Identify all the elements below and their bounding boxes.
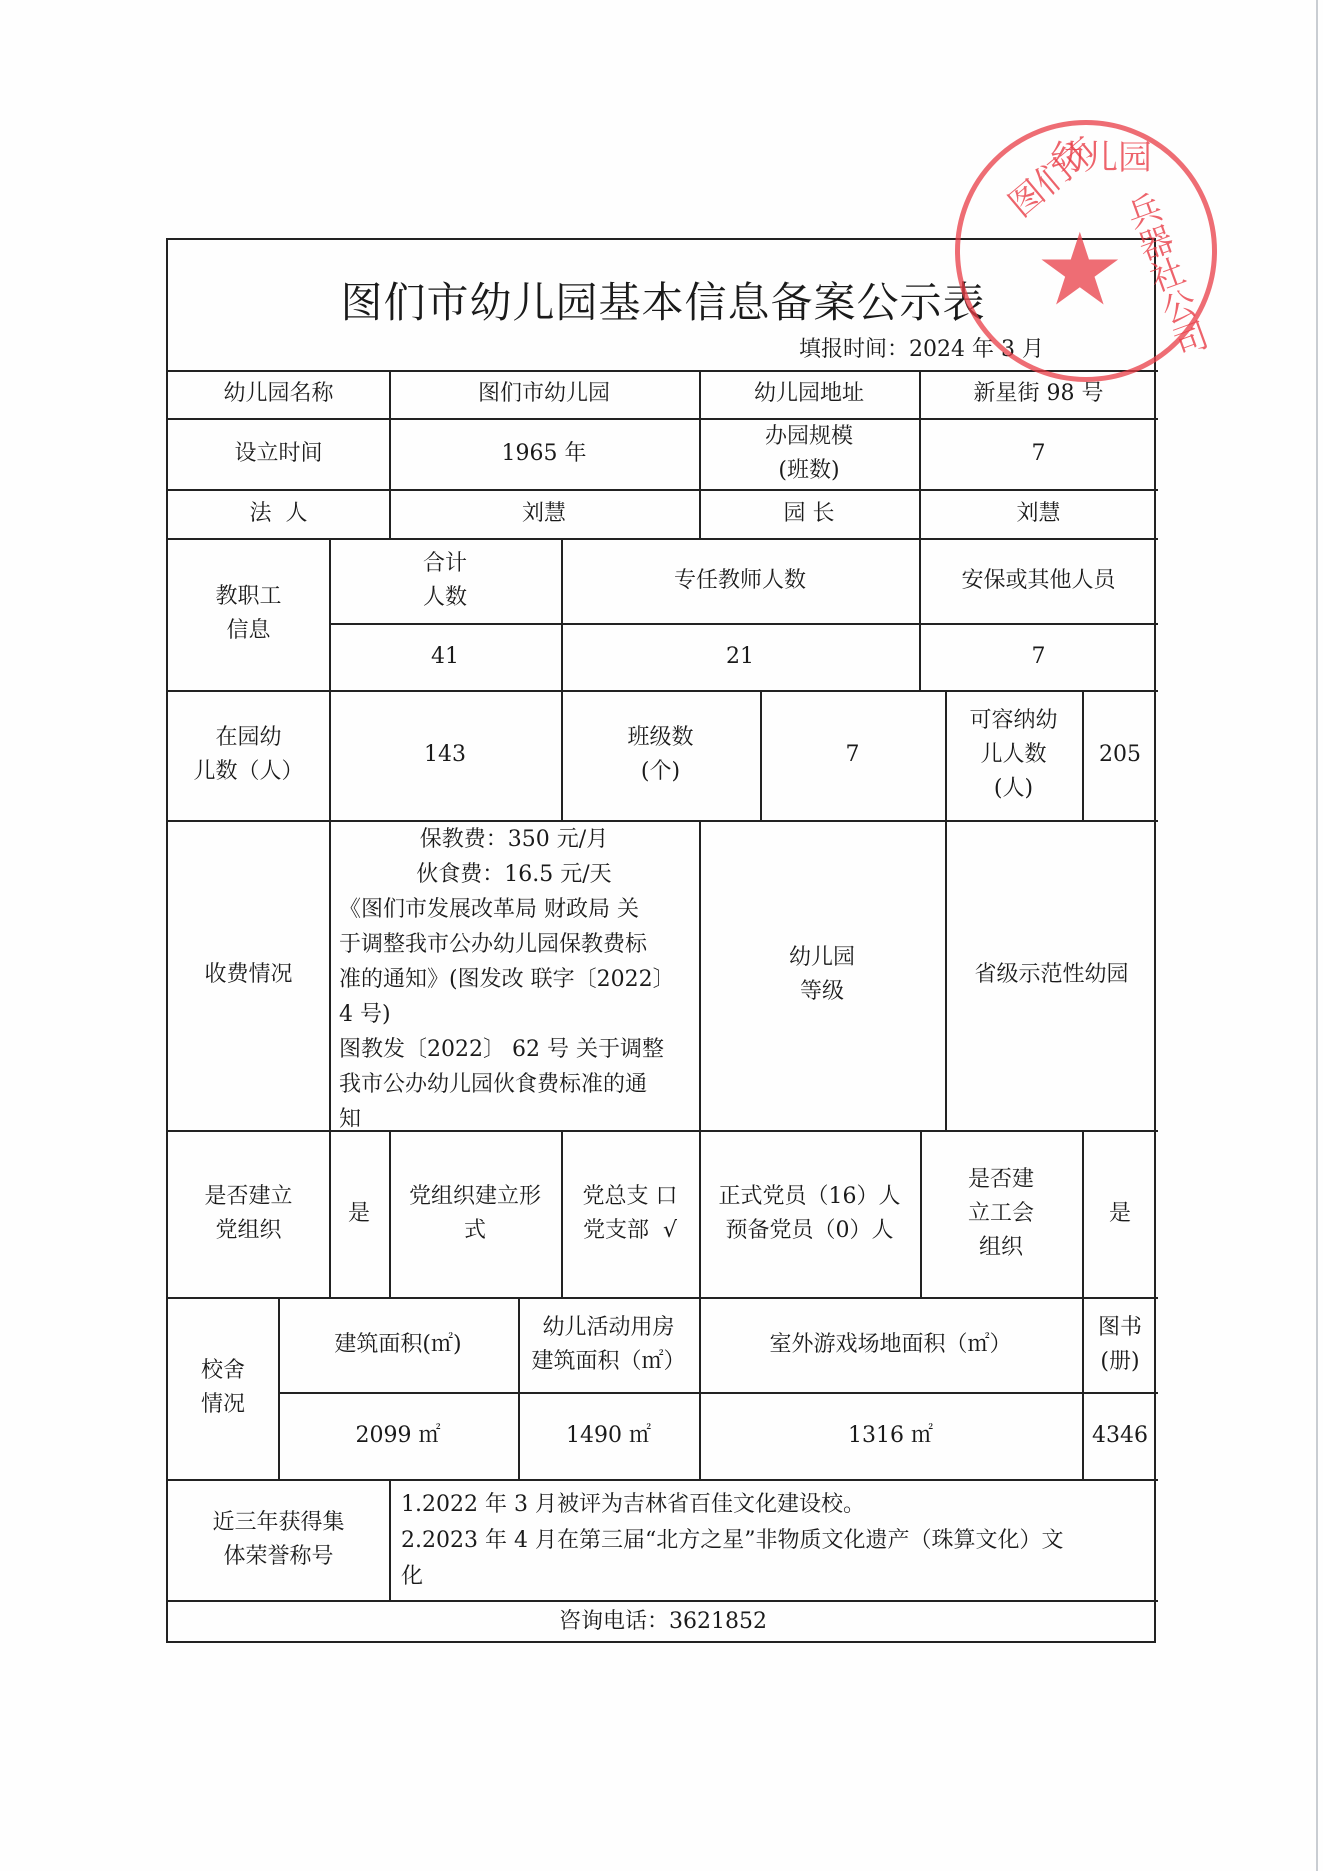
activity-label-line2: 建筑面积（㎡） [531,1345,685,1379]
capacity-value: 205 [1082,690,1158,820]
books-label-line2: (册) [1100,1345,1139,1379]
party-form-label-line2: 式 [464,1214,486,1248]
address-label: 幼儿园地址 [699,370,919,418]
honors-list: 1.2022 年 3 月被评为吉林省百佳文化建设校。 2.2023 年 4 月在… [389,1479,1158,1600]
building-label: 校舍 情况 [168,1297,278,1479]
teachers-label: 专任教师人数 [561,538,919,623]
capacity-label-line3: (人) [994,772,1033,806]
honors-label: 近三年获得集 体荣誉称号 [168,1479,389,1600]
grade-value: 省级示范性幼园 [945,820,1158,1130]
staff-label-line1: 教职工 [215,580,281,614]
party-option-branch: 党支部 √ [583,1214,677,1248]
classes-label-line1: 班级数 [627,721,693,755]
party-value: 是 [329,1130,389,1297]
seal-text: 图们市 [996,123,1106,226]
scale-label: 办园规模 (班数) [699,418,919,489]
union-label: 是否建 立工会 组织 [920,1130,1082,1297]
activity-value: 1490 ㎡ [518,1392,699,1479]
founded-value: 1965 年 [389,418,699,489]
security-label: 安保或其他人员 [919,538,1158,623]
union-value: 是 [1082,1130,1158,1297]
fee-line: 图教发〔2022〕 62 号 关于调整 [339,1032,664,1067]
classes-label: 班级数 (个) [561,690,760,820]
union-label-line1: 是否建 [968,1163,1034,1197]
building-label-line2: 情况 [201,1388,245,1422]
scale-label-line2: (班数) [778,454,839,488]
legal-value: 刘慧 [389,489,699,538]
scale-value: 7 [919,418,1158,489]
name-value: 图们市幼儿园 [389,370,699,418]
honor-item: 1.2022 年 3 月被评为吉林省百佳文化建设校。 [401,1487,865,1523]
seal-text: 幼儿园 [1050,130,1152,179]
area-value: 2099 ㎡ [278,1392,518,1479]
fee-line: 保教费：350 元/月 [420,822,608,857]
founded-label: 设立时间 [168,418,389,489]
party-label: 是否建立 党组织 [168,1130,329,1297]
honors-label-line2: 体荣誉称号 [223,1540,333,1574]
fee-line: 准的通知》(图发改 联字〔2022〕 [339,962,675,997]
fees-details: 保教费：350 元/月 伙食费：16.5 元/天 《图们市发展改革局 财政局 关… [329,820,699,1130]
party-members-probationary: 预备党员（0）人 [726,1214,894,1248]
party-members-formal: 正式党员（16）人 [719,1180,901,1214]
director-value: 刘慧 [919,489,1158,538]
staff-label: 教职工 信息 [168,538,329,690]
grade-label: 幼儿园 等级 [699,820,945,1130]
activity-label-line1: 幼儿活动用房 [542,1311,674,1345]
honors-label-line1: 近三年获得集 [212,1506,344,1540]
capacity-label: 可容纳幼 儿人数 (人) [945,690,1082,820]
books-label: 图书 (册) [1082,1297,1158,1392]
grade-label-line1: 幼儿园 [789,941,855,975]
scale-label-line1: 办园规模 [765,420,853,454]
party-label-line1: 是否建立 [204,1180,292,1214]
honor-item: 化 [401,1559,423,1595]
outdoor-label: 室外游戏场地面积（㎡） [699,1297,1082,1392]
union-label-line3: 组织 [979,1231,1023,1265]
books-label-line1: 图书 [1098,1311,1142,1345]
fee-line: 于调整我市公办幼儿园保教费标 [339,927,647,962]
building-label-line1: 校舍 [201,1354,245,1388]
party-label-line2: 党组织 [215,1214,281,1248]
honor-item: 2.2023 年 4 月在第三届“北方之星”非物质文化遗产（珠算文化）文 [401,1523,1063,1559]
party-form-options: 党总支 口 党支部 √ [561,1130,699,1297]
staff-total-label-line1: 合计 [423,547,467,581]
party-form-label: 党组织建立形 式 [389,1130,561,1297]
staff-total-label: 合计 人数 [329,538,561,623]
staff-total-label-line2: 人数 [423,581,467,615]
children-label-line1: 在园幼 [215,721,281,755]
capacity-label-line2: 儿人数 [980,738,1046,772]
party-members: 正式党员（16）人 预备党员（0）人 [699,1130,920,1297]
contact-phone: 咨询电话：3621852 [168,1600,1158,1643]
fee-line: 伙食费：16.5 元/天 [416,857,611,892]
staff-label-line2: 信息 [226,614,270,648]
security-value: 7 [919,623,1158,690]
page-edge [1316,0,1318,1871]
children-value: 143 [329,690,561,820]
grade-label-line2: 等级 [800,975,844,1009]
party-option-general-branch: 党总支 口 [583,1180,678,1214]
staff-total-value: 41 [329,623,561,690]
page-title: 图们市幼儿园基本信息备案公示表 [168,270,1158,330]
outdoor-value: 1316 ㎡ [699,1392,1082,1479]
fill-date: 填报时间：2024 年 3 月 [799,332,1044,363]
books-value: 4346 [1082,1392,1158,1479]
name-label: 幼儿园名称 [168,370,389,418]
address-value: 新星街 98 号 [919,370,1158,418]
capacity-label-line1: 可容纳幼 [969,704,1057,738]
party-form-label-line1: 党组织建立形 [409,1180,541,1214]
classes-label-line2: (个) [641,755,680,789]
fee-line: 4 号) [339,997,391,1032]
classes-value: 7 [760,690,945,820]
director-label: 园 长 [699,489,919,538]
union-label-line2: 立工会 [968,1197,1034,1231]
legal-label: 法 人 [168,489,389,538]
teachers-value: 21 [561,623,919,690]
children-label: 在园幼 儿数（人） [168,690,329,820]
area-label: 建筑面积(㎡) [278,1297,518,1392]
info-table: 图们市幼儿园基本信息备案公示表 填报时间：2024 年 3 月 幼儿园名称 图们… [166,238,1156,1643]
fees-label: 收费情况 [168,820,329,1130]
fee-line: 我市公办幼儿园伙食费标准的通 [339,1067,647,1102]
children-label-line2: 儿数（人） [193,755,303,789]
activity-label: 幼儿活动用房 建筑面积（㎡） [518,1297,699,1392]
fee-line: 《图们市发展改革局 财政局 关 [339,892,639,927]
